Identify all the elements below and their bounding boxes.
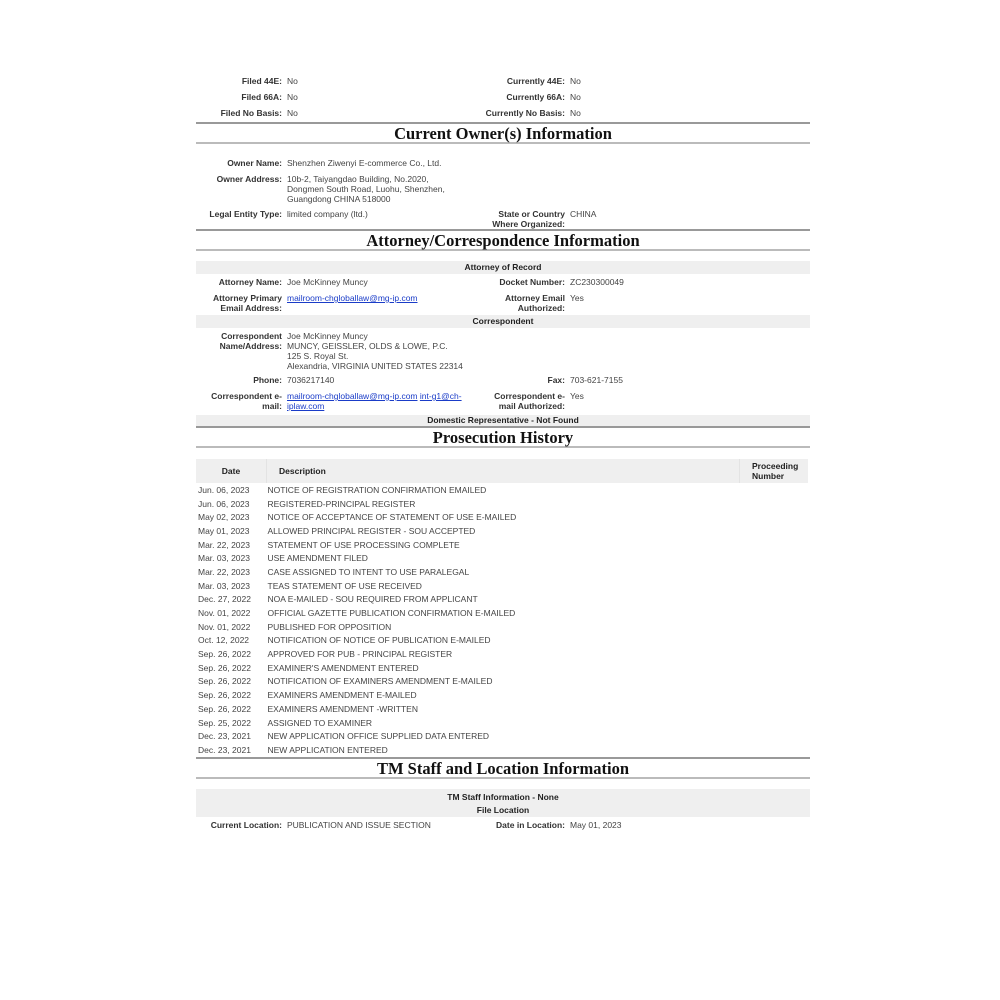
row-date: Jun. 06, 2023 bbox=[196, 497, 267, 511]
row-date: Sep. 26, 2022 bbox=[196, 675, 267, 689]
table-row: Sep. 26, 2022EXAMINER'S AMENDMENT ENTERE… bbox=[196, 661, 808, 675]
header-line: Number bbox=[752, 471, 808, 481]
label-line: Name/Address: bbox=[196, 341, 282, 351]
header-proceeding-number: Proceeding Number bbox=[740, 459, 809, 483]
address-line: Joe McKinney Muncy bbox=[287, 331, 547, 341]
row-date: Nov. 01, 2022 bbox=[196, 620, 267, 634]
row-description: STATEMENT OF USE PROCESSING COMPLETE bbox=[267, 538, 740, 552]
row-description: NEW APPLICATION OFFICE SUPPLIED DATA ENT… bbox=[267, 729, 740, 743]
field-label: Filed 66A: bbox=[196, 92, 282, 102]
label-line: Attorney Email bbox=[386, 293, 565, 303]
prosecution-history-table: Date Description Proceeding Number Jun. … bbox=[196, 459, 808, 757]
owner-name: Shenzhen Ziwenyi E-commerce Co., Ltd. bbox=[287, 158, 587, 168]
attorney-email-authorized: Yes bbox=[570, 293, 770, 303]
correspondent-band: Correspondent bbox=[196, 315, 810, 328]
row-description: APPROVED FOR PUB - PRINCIPAL REGISTER bbox=[267, 647, 740, 661]
row-proceeding-number bbox=[740, 593, 809, 607]
address-line: 125 S. Royal St. bbox=[287, 351, 547, 361]
table-row: Dec. 27, 2022NOA E-MAILED - SOU REQUIRED… bbox=[196, 593, 808, 607]
row-description: NOTICE OF ACCEPTANCE OF STATEMENT OF USE… bbox=[267, 510, 740, 524]
correspondent-email-auth-label: Correspondent e- mail Authorized: bbox=[386, 391, 565, 411]
fax-label: Fax: bbox=[386, 375, 565, 385]
label-line: Authorized: bbox=[386, 303, 565, 313]
row-description: NOTIFICATION OF EXAMINERS AMENDMENT E-MA… bbox=[267, 675, 740, 689]
field-label: Currently No Basis: bbox=[386, 108, 565, 118]
row-date: Nov. 01, 2022 bbox=[196, 606, 267, 620]
attorney-email-label: Attorney Primary Email Address: bbox=[196, 293, 282, 313]
address-line: MUNCY, GEISSLER, OLDS & LOWE, P.C. bbox=[287, 341, 547, 351]
date-in-location-label: Date in Location: bbox=[386, 820, 565, 830]
attorney-email-row: Attorney Primary Email Address: mailroom… bbox=[196, 293, 810, 315]
row-description: NOTIFICATION OF NOTICE OF PUBLICATION E-… bbox=[267, 634, 740, 648]
table-header-row: Date Description Proceeding Number bbox=[196, 459, 808, 483]
filing-basis-section: Filed 44E: No Currently 44E: No Filed 66… bbox=[196, 76, 810, 122]
row-proceeding-number bbox=[740, 538, 809, 552]
row-date: Jun. 06, 2023 bbox=[196, 483, 267, 497]
staff-info-band: TM Staff Information - None bbox=[196, 789, 810, 803]
row-proceeding-number bbox=[740, 702, 809, 716]
location-row: Current Location: PUBLICATION AND ISSUE … bbox=[196, 820, 810, 836]
table-row: Dec. 23, 2021NEW APPLICATION ENTERED bbox=[196, 743, 808, 757]
state-country: CHINA bbox=[570, 209, 770, 219]
row-proceeding-number bbox=[740, 551, 809, 565]
docket-number: ZC230300049 bbox=[570, 277, 770, 287]
field-label: Currently 66A: bbox=[386, 92, 565, 102]
row-date: Oct. 12, 2022 bbox=[196, 634, 267, 648]
table-row: Sep. 25, 2022ASSIGNED TO EXAMINER bbox=[196, 716, 808, 730]
field-value: No bbox=[570, 76, 770, 86]
table-row: Jun. 06, 2023NOTICE OF REGISTRATION CONF… bbox=[196, 483, 808, 497]
row-proceeding-number bbox=[740, 524, 809, 538]
table-row: May 01, 2023ALLOWED PRINCIPAL REGISTER -… bbox=[196, 524, 808, 538]
table-row: Mar. 22, 2023STATEMENT OF USE PROCESSING… bbox=[196, 538, 808, 552]
row-date: Sep. 26, 2022 bbox=[196, 661, 267, 675]
trademark-status-document: Filed 44E: No Currently 44E: No Filed 66… bbox=[196, 76, 810, 836]
table-row: Oct. 12, 2022NOTIFICATION OF NOTICE OF P… bbox=[196, 634, 808, 648]
row-date: May 02, 2023 bbox=[196, 510, 267, 524]
field-value: No bbox=[570, 92, 770, 102]
row-proceeding-number bbox=[740, 688, 809, 702]
row-description: CASE ASSIGNED TO INTENT TO USE PARALEGAL bbox=[267, 565, 740, 579]
row-proceeding-number bbox=[740, 661, 809, 675]
row-date: Sep. 26, 2022 bbox=[196, 702, 267, 716]
attorney-email-auth-label: Attorney Email Authorized: bbox=[386, 293, 565, 313]
address-line: 10b-2, Taiyangdao Building, No.2020, bbox=[287, 174, 477, 184]
table-row: Mar. 03, 2023USE AMENDMENT FILED bbox=[196, 551, 808, 565]
table-row: Sep. 26, 2022APPROVED FOR PUB - PRINCIPA… bbox=[196, 647, 808, 661]
address-line: Alexandria, VIRGINIA UNITED STATES 22314 bbox=[287, 361, 547, 371]
prosecution-history-body: Jun. 06, 2023NOTICE OF REGISTRATION CONF… bbox=[196, 483, 808, 757]
row-proceeding-number bbox=[740, 716, 809, 730]
attorney-name-label: Attorney Name: bbox=[196, 277, 282, 287]
row-date: Mar. 22, 2023 bbox=[196, 565, 267, 579]
row-date: Mar. 22, 2023 bbox=[196, 538, 267, 552]
row-date: May 01, 2023 bbox=[196, 524, 267, 538]
row-description: EXAMINER'S AMENDMENT ENTERED bbox=[267, 661, 740, 675]
table-row: Dec. 23, 2021NEW APPLICATION OFFICE SUPP… bbox=[196, 729, 808, 743]
row-description: NOTICE OF REGISTRATION CONFIRMATION EMAI… bbox=[267, 483, 740, 497]
correspondent-label: Correspondent Name/Address: bbox=[196, 331, 282, 351]
table-row: Sep. 26, 2022EXAMINERS AMENDMENT -WRITTE… bbox=[196, 702, 808, 716]
address-line: Guangdong CHINA 518000 bbox=[287, 194, 477, 204]
attorney-name-row: Attorney Name: Joe McKinney Muncy Docket… bbox=[196, 277, 810, 293]
header-date: Date bbox=[196, 459, 267, 483]
table-row: Nov. 01, 2022PUBLISHED FOR OPPOSITION bbox=[196, 620, 808, 634]
owner-name-label: Owner Name: bbox=[196, 158, 282, 168]
row-date: Mar. 03, 2023 bbox=[196, 579, 267, 593]
label-line: Correspondent e- bbox=[196, 391, 282, 401]
filing-basis-row: Filed 44E: No Currently 44E: No bbox=[196, 76, 810, 92]
prosecution-section-title: Prosecution History bbox=[196, 426, 810, 448]
current-location-label: Current Location: bbox=[196, 820, 282, 830]
table-row: Mar. 22, 2023CASE ASSIGNED TO INTENT TO … bbox=[196, 565, 808, 579]
state-country-label: State or Country Where Organized: bbox=[386, 209, 565, 229]
row-proceeding-number bbox=[740, 497, 809, 511]
label-line: Attorney Primary bbox=[196, 293, 282, 303]
field-label: Filed No Basis: bbox=[196, 108, 282, 118]
row-date: Dec. 23, 2021 bbox=[196, 743, 267, 757]
row-date: Sep. 26, 2022 bbox=[196, 647, 267, 661]
row-description: TEAS STATEMENT OF USE RECEIVED bbox=[267, 579, 740, 593]
table-row: Mar. 03, 2023TEAS STATEMENT OF USE RECEI… bbox=[196, 579, 808, 593]
row-proceeding-number bbox=[740, 634, 809, 648]
phone-label: Phone: bbox=[196, 375, 282, 385]
staff-section-title: TM Staff and Location Information bbox=[196, 757, 810, 779]
row-description: REGISTERED-PRINCIPAL REGISTER bbox=[267, 497, 740, 511]
owner-address: 10b-2, Taiyangdao Building, No.2020, Don… bbox=[287, 174, 477, 204]
row-date: Mar. 03, 2023 bbox=[196, 551, 267, 565]
domestic-representative-band: Domestic Representative - Not Found bbox=[196, 415, 810, 426]
row-proceeding-number bbox=[740, 606, 809, 620]
attorney-section-title: Attorney/Correspondence Information bbox=[196, 229, 810, 251]
attorney-of-record-band: Attorney of Record bbox=[196, 261, 810, 274]
phone-fax-row: Phone: 7036217140 Fax: 703-621-7155 bbox=[196, 375, 810, 391]
field-label: Filed 44E: bbox=[196, 76, 282, 86]
label-line: Correspondent bbox=[196, 331, 282, 341]
label-line: Correspondent e- bbox=[386, 391, 565, 401]
owner-entity-row: Legal Entity Type: limited company (ltd.… bbox=[196, 209, 810, 229]
correspondent-email-label: Correspondent e- mail: bbox=[196, 391, 282, 411]
owner-section-title: Current Owner(s) Information bbox=[196, 122, 810, 144]
row-description: OFFICIAL GAZETTE PUBLICATION CONFIRMATIO… bbox=[267, 606, 740, 620]
row-proceeding-number bbox=[740, 565, 809, 579]
link-part: iplaw.com bbox=[287, 401, 324, 411]
row-proceeding-number bbox=[740, 647, 809, 661]
row-description: ALLOWED PRINCIPAL REGISTER - SOU ACCEPTE… bbox=[267, 524, 740, 538]
row-description: USE AMENDMENT FILED bbox=[267, 551, 740, 565]
row-description: PUBLISHED FOR OPPOSITION bbox=[267, 620, 740, 634]
row-proceeding-number bbox=[740, 743, 809, 757]
filing-basis-row: Filed No Basis: No Currently No Basis: N… bbox=[196, 108, 810, 122]
docket-number-label: Docket Number: bbox=[386, 277, 565, 287]
header-description: Description bbox=[267, 459, 740, 483]
row-description: NEW APPLICATION ENTERED bbox=[267, 743, 740, 757]
row-proceeding-number bbox=[740, 675, 809, 689]
owner-address-row: Owner Address: 10b-2, Taiyangdao Buildin… bbox=[196, 174, 810, 209]
row-description: EXAMINERS AMENDMENT E-MAILED bbox=[267, 688, 740, 702]
row-date: Sep. 25, 2022 bbox=[196, 716, 267, 730]
row-proceeding-number bbox=[740, 579, 809, 593]
correspondent-email-authorized: Yes bbox=[570, 391, 770, 401]
row-date: Dec. 27, 2022 bbox=[196, 593, 267, 607]
date-in-location: May 01, 2023 bbox=[570, 820, 770, 830]
row-proceeding-number bbox=[740, 483, 809, 497]
field-label: Currently 44E: bbox=[386, 76, 565, 86]
correspondent-address: Joe McKinney Muncy MUNCY, GEISSLER, OLDS… bbox=[287, 331, 547, 371]
label-line: mail Authorized: bbox=[386, 401, 565, 411]
row-date: Sep. 26, 2022 bbox=[196, 688, 267, 702]
file-location-band: File Location bbox=[196, 803, 810, 817]
owner-name-row: Owner Name: Shenzhen Ziwenyi E-commerce … bbox=[196, 158, 810, 174]
owner-address-label: Owner Address: bbox=[196, 174, 282, 184]
row-proceeding-number bbox=[740, 729, 809, 743]
row-proceeding-number bbox=[740, 620, 809, 634]
table-row: Nov. 01, 2022OFFICIAL GAZETTE PUBLICATIO… bbox=[196, 606, 808, 620]
table-row: Sep. 26, 2022EXAMINERS AMENDMENT E-MAILE… bbox=[196, 688, 808, 702]
label-line: State or Country bbox=[386, 209, 565, 219]
table-row: Sep. 26, 2022NOTIFICATION OF EXAMINERS A… bbox=[196, 675, 808, 689]
correspondent-email-row: Correspondent e- mail: mailroom-chglobal… bbox=[196, 391, 810, 415]
label-line: Where Organized: bbox=[386, 219, 565, 229]
row-description: ASSIGNED TO EXAMINER bbox=[267, 716, 740, 730]
field-value: No bbox=[570, 108, 770, 118]
address-line: Dongmen South Road, Luohu, Shenzhen, bbox=[287, 184, 477, 194]
label-line: Email Address: bbox=[196, 303, 282, 313]
label-line: mail: bbox=[196, 401, 282, 411]
row-description: EXAMINERS AMENDMENT -WRITTEN bbox=[267, 702, 740, 716]
filing-basis-row: Filed 66A: No Currently 66A: No bbox=[196, 92, 810, 108]
row-proceeding-number bbox=[740, 510, 809, 524]
fax: 703-621-7155 bbox=[570, 375, 770, 385]
header-line: Proceeding bbox=[752, 461, 808, 471]
row-description: NOA E-MAILED - SOU REQUIRED FROM APPLICA… bbox=[267, 593, 740, 607]
correspondent-address-row: Correspondent Name/Address: Joe McKinney… bbox=[196, 331, 810, 375]
entity-type-label: Legal Entity Type: bbox=[196, 209, 282, 219]
table-row: Jun. 06, 2023REGISTERED-PRINCIPAL REGIST… bbox=[196, 497, 808, 511]
table-row: May 02, 2023NOTICE OF ACCEPTANCE OF STAT… bbox=[196, 510, 808, 524]
row-date: Dec. 23, 2021 bbox=[196, 729, 267, 743]
